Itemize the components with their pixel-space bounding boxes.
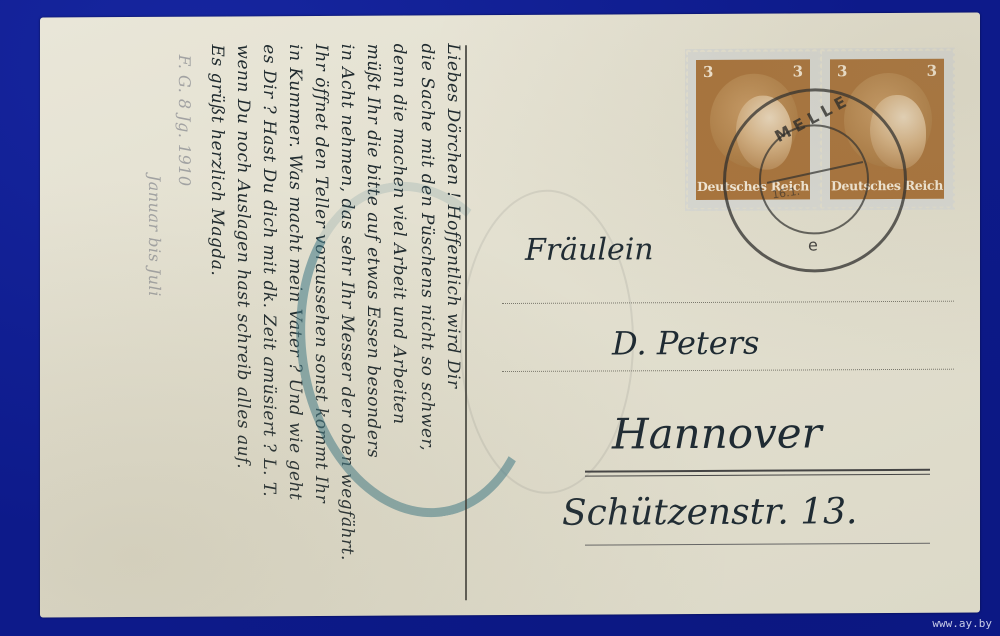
address-city: Hannover <box>612 408 822 458</box>
postmark-letter: e <box>808 235 818 254</box>
message-line: Es grüßt herzlich Magda. <box>207 44 227 276</box>
pencil-note: F. G. 8 Jg. 1910 <box>175 55 194 187</box>
message-line: in Kummer. Was macht mein Vater ? Und wi… <box>285 44 305 500</box>
pencil-note: Januar bis Juli <box>145 175 164 297</box>
postcard: Liebes Dörchen ! Hoffentlich wird Dir di… <box>40 13 980 618</box>
stamp-value: 3 <box>703 63 713 81</box>
address-city-underline <box>585 474 930 477</box>
watermark: www.ay.by <box>932 617 992 630</box>
message-line: es Dir ? Hast Du dich mit dk. Zeit amüsi… <box>259 44 279 497</box>
postmark: MELLE 16.1. e <box>723 88 907 273</box>
address-salutation: Fräulein <box>525 232 654 268</box>
message-line: wenn Du noch Auslagen hast schreib alles… <box>233 44 253 469</box>
address-city-underline <box>585 469 930 473</box>
stamp-value: 3 <box>793 62 803 80</box>
stamp-value: 3 <box>837 62 847 80</box>
stamp-value: 3 <box>927 62 937 80</box>
card-divider-line <box>465 45 467 600</box>
address-rule <box>585 543 930 546</box>
address-name: D. Peters <box>612 324 759 363</box>
address-street: Schützenstr. 13. <box>562 491 857 534</box>
